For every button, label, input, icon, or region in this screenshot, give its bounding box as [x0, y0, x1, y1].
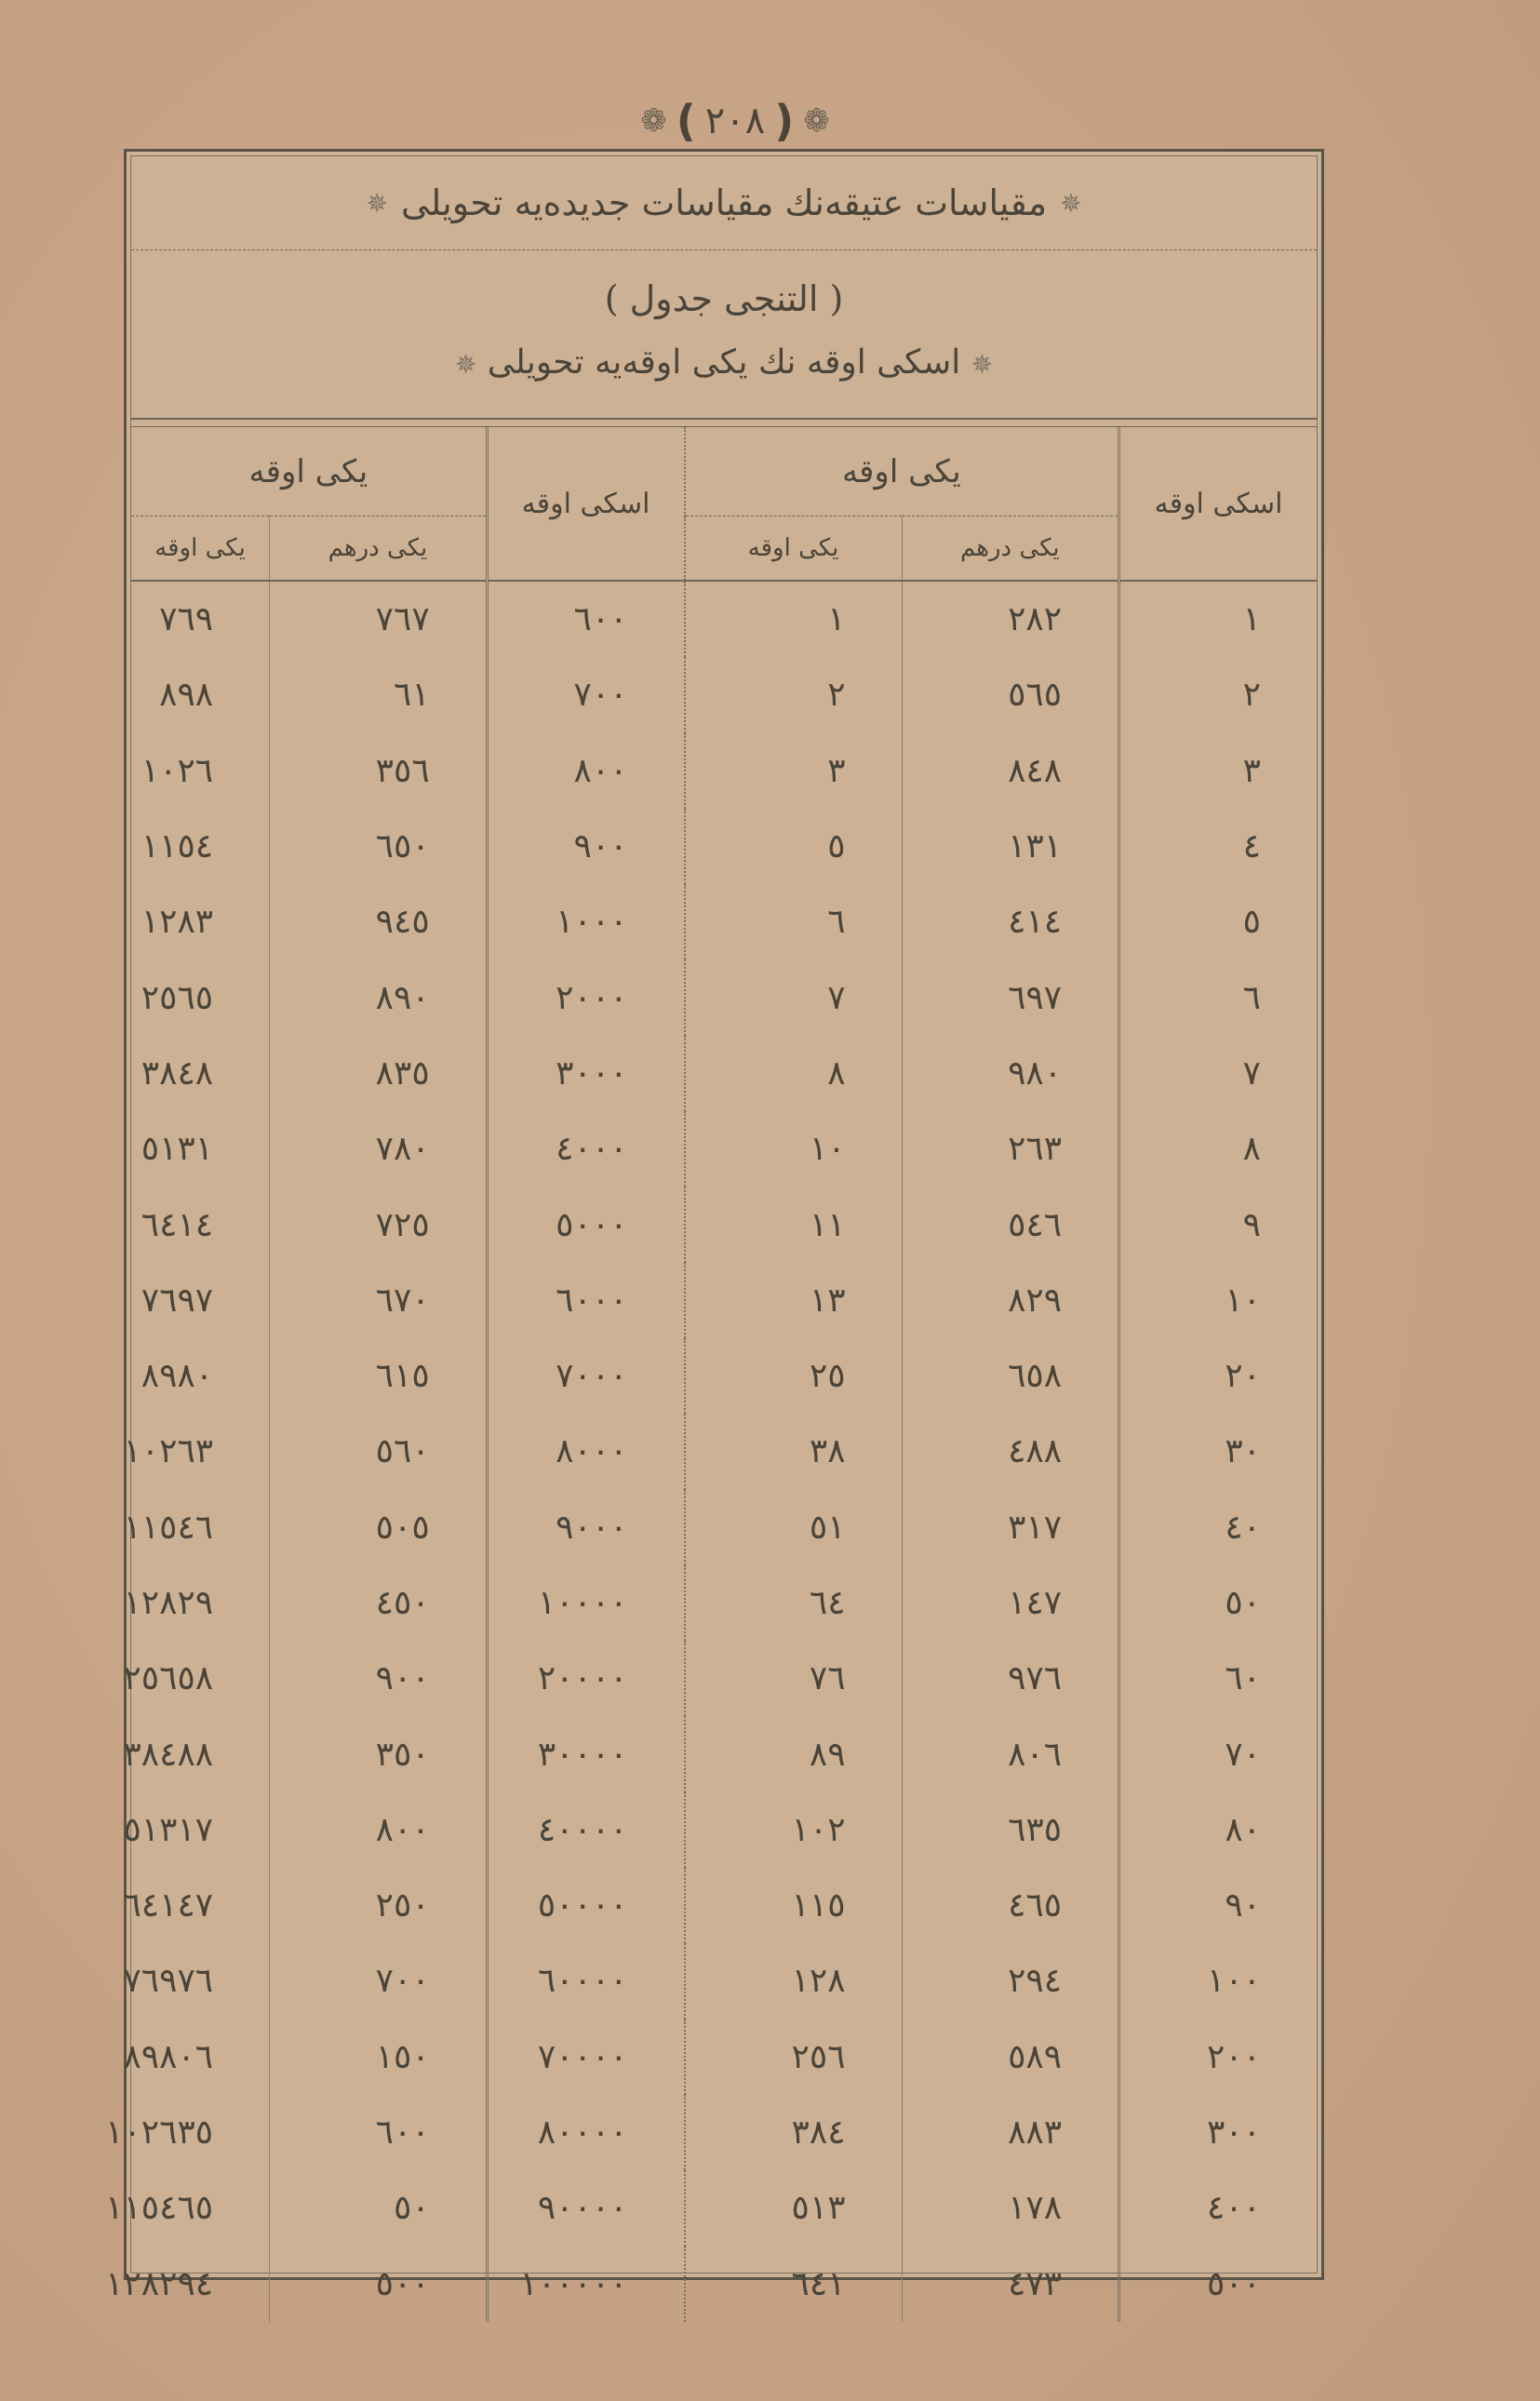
left-eski-okka-cell: ١٠٠٠٠: [487, 1565, 684, 1641]
table-row: ٢٥٦٥٨ ٩٠٠ ٢٠٠٠٠ ٧٦ ٩٧٦ ٦٠: [131, 1641, 1317, 1716]
right-eski-okka-cell: ٢: [1119, 657, 1317, 732]
subtitle: ( التنجى جدول ) ✵ اسكى اوقه نك يكى اوقه‌…: [131, 250, 1317, 420]
table-row: ٦٤١٤ ٧٢٥ ٥٠٠٠ ١١ ٥٤٦ ٩: [131, 1187, 1317, 1262]
right-yeni-okka-cell: ٢٥: [685, 1338, 903, 1414]
right-yeni-dirhem-cell: ٦٥٨: [902, 1338, 1119, 1414]
brace-open: (: [774, 96, 794, 146]
table-row: ٢٥٦٥ ٨٩٠ ٢٠٠٠ ٧ ٦٩٧ ٦: [131, 959, 1317, 1035]
right-yeni-dirhem-cell: ٦٩٧: [902, 959, 1119, 1035]
page-number-value: ٢٠٨: [705, 100, 765, 142]
table-row: ١٠٢٦٣ ٥٦٠ ٨٠٠٠ ٣٨ ٤٨٨ ٣٠: [131, 1414, 1317, 1489]
left-eski-okka-cell: ٨٠٠٠: [487, 1414, 684, 1489]
left-eski-okka-cell: ٦٠٠٠: [487, 1263, 684, 1338]
left-yeni-okka-cell: ٨٩٨٠٦: [131, 2019, 270, 2095]
left-eski-okka-cell: ٨٠٠٠٠: [487, 2095, 684, 2170]
left-eski-okka-cell: ٢٠٠٠: [487, 959, 684, 1035]
left-yeni-dirhem-cell: ٥٦٠: [270, 1414, 488, 1489]
right-yeni-dirhem-cell: ٤١٤: [902, 884, 1119, 959]
right-yeni-okka-cell: ١٣: [685, 1263, 903, 1338]
right-eski-okka-cell: ٢٠٠: [1119, 2019, 1317, 2095]
main-title-text: مقياسات عتيقه‌نك مقياسات جديده‌يه تحويلى: [401, 182, 1047, 223]
right-yeni-okka-cell: ٦٤: [685, 1565, 903, 1641]
left-yeni-dirhem-cell: ٦١: [270, 657, 488, 732]
right-yeni-okka-cell: ٢٥٦: [685, 2019, 903, 2095]
right-eski-okka-cell: ١٠: [1119, 1263, 1317, 1338]
left-yeni-okka-cell: ٦٤١٤: [131, 1187, 270, 1262]
right-yeni-okka-cell: ١٠٢: [685, 1792, 903, 1868]
table-row: ١١٥٤٦٥ ٥٠ ٩٠٠٠٠ ٥١٣ ١٧٨ ٤٠٠: [131, 2170, 1317, 2246]
right-yeni-dirhem-cell: ٨٢٩: [902, 1263, 1119, 1338]
left-eski-okka-cell: ٦٠٠٠٠: [487, 1943, 684, 2019]
right-eski-okka-header: اسكى اوقه: [1119, 427, 1317, 581]
right-yeni-okka-cell: ٢: [685, 657, 903, 732]
left-eski-okka-cell: ١٠٠٠٠٠: [487, 2247, 684, 2322]
left-yeni-okka-cell: ١٢٨٢٩: [131, 1565, 270, 1641]
right-yeni-okka-cell: ١١: [685, 1187, 903, 1262]
right-yeni-okka-cell: ٧: [685, 959, 903, 1035]
left-yeni-dirhem-cell: ٧٢٥: [270, 1187, 488, 1262]
table-body: ٧٦٩ ٧٦٧ ٦٠٠ ١ ٢٨٢ ١ ٨٩٨ ٦١ ٧٠٠ ٢ ٥٦٥ ٢ ١…: [131, 581, 1317, 2322]
right-yeni-dirhem-cell: ٢٩٤: [902, 1943, 1119, 2019]
right-yeni-okka-cell: ١٢٨: [685, 1943, 903, 2019]
table-description: ✵ اسكى اوقه نك يكى اوقه‌يه تحويلى ✵: [131, 343, 1317, 382]
table-row: ٨٩٨٠ ٦١٥ ٧٠٠٠ ٢٥ ٦٥٨ ٢٠: [131, 1338, 1317, 1414]
right-eski-okka-cell: ٥٠: [1119, 1565, 1317, 1641]
left-yeni-okka-cell: ١٢٨٣: [131, 884, 270, 959]
left-yeni-dirhem-cell: ٥٠٥: [270, 1490, 488, 1565]
left-eski-okka-cell: ٩٠٠: [487, 809, 684, 884]
table-row: ٦٤١٤٧ ٢٥٠ ٥٠٠٠٠ ١١٥ ٤٦٥ ٩٠: [131, 1868, 1317, 1943]
right-yeni-okka-cell: ٨٩: [685, 1716, 903, 1791]
table-frame-inner: ✵ مقياسات عتيقه‌نك مقياسات جديده‌يه تحوي…: [130, 155, 1318, 2274]
left-yeni-dirhem-cell: ٢٥٠: [270, 1868, 488, 1943]
right-yeni-dirhem-cell: ١٣١: [902, 809, 1119, 884]
star-ornament-icon: ✵: [366, 188, 387, 219]
table-row: ٣٨٤٨٨ ٣٥٠ ٣٠٠٠٠ ٨٩ ٨٠٦ ٧٠: [131, 1716, 1317, 1791]
left-yeni-dirhem-cell: ١٥٠: [270, 2019, 488, 2095]
right-yeni-okka-cell: ٣٨٤: [685, 2095, 903, 2170]
right-eski-okka-cell: ٥: [1119, 884, 1317, 959]
left-yeni-okka-cell: ٢٥٦٥٨: [131, 1641, 270, 1716]
right-eski-okka-cell: ٤: [1119, 809, 1317, 884]
left-yeni-okka-cell: ٨٩٨٠: [131, 1338, 270, 1414]
left-yeni-okka-header: يكى اوقه: [131, 516, 270, 582]
star-ornament-icon: ✵: [971, 349, 993, 380]
right-group-header: يكى اوقه: [685, 427, 1119, 516]
left-yeni-okka-cell: ١٠٢٦٣: [131, 1414, 270, 1489]
left-yeni-dirhem-cell: ٦٧٠: [270, 1263, 488, 1338]
right-eski-okka-cell: ٣٠٠: [1119, 2095, 1317, 2170]
right-yeni-okka-cell: ٣٨: [685, 1414, 903, 1489]
left-eski-okka-cell: ٨٠٠: [487, 733, 684, 809]
right-yeni-dirhem-header: يكى درهم: [902, 516, 1119, 582]
right-eski-okka-cell: ٩٠: [1119, 1868, 1317, 1943]
table-description-text: اسكى اوقه نك يكى اوقه‌يه تحويلى: [488, 343, 960, 382]
right-eski-okka-cell: ١٠٠: [1119, 1943, 1317, 2019]
left-yeni-dirhem-cell: ٩٤٥: [270, 884, 488, 959]
right-eski-okka-cell: ٤٠: [1119, 1490, 1317, 1565]
left-yeni-okka-cell: ٧٦٩: [131, 581, 270, 657]
right-yeni-dirhem-cell: ٨٤٨: [902, 733, 1119, 809]
left-eski-okka-cell: ٣٠٠٠٠: [487, 1716, 684, 1791]
table-row: ١٢٨٢٩٤ ٥٠٠ ١٠٠٠٠٠ ٦٤١ ٤٧٣ ٥٠٠: [131, 2247, 1317, 2322]
left-yeni-okka-cell: ١٢٨٢٩٤: [131, 2247, 270, 2322]
right-eski-okka-cell: ٦: [1119, 959, 1317, 1035]
left-yeni-okka-cell: ١١٥٤: [131, 809, 270, 884]
right-eski-okka-cell: ٥٠٠: [1119, 2247, 1317, 2322]
left-eski-okka-cell: ٦٠٠: [487, 581, 684, 657]
left-yeni-okka-cell: ٥١٣١: [131, 1111, 270, 1187]
right-yeni-dirhem-cell: ٨٠٦: [902, 1716, 1119, 1791]
table-row: ١٢٨٣ ٩٤٥ ١٠٠٠ ٦ ٤١٤ ٥: [131, 884, 1317, 959]
table-row: ٧٦٩٧٦ ٧٠٠ ٦٠٠٠٠ ١٢٨ ٢٩٤ ١٠٠: [131, 1943, 1317, 2019]
left-eski-okka-cell: ٤٠٠٠: [487, 1111, 684, 1187]
page-number: ❁ ( ٢٠٨ ) ❁: [642, 93, 828, 149]
right-yeni-dirhem-cell: ٥٦٥: [902, 657, 1119, 732]
right-yeni-dirhem-cell: ١٧٨: [902, 2170, 1119, 2246]
table-row: ٧٦٩ ٧٦٧ ٦٠٠ ١ ٢٨٢ ١: [131, 581, 1317, 657]
right-yeni-okka-cell: ٥١: [685, 1490, 903, 1565]
right-eski-okka-cell: ٧: [1119, 1036, 1317, 1111]
flower-ornament-icon: ❁: [640, 102, 667, 140]
table-row: ١٠٢٦ ٣٥٦ ٨٠٠ ٣ ٨٤٨ ٣: [131, 733, 1317, 809]
table-row: ١١٥٤٦ ٥٠٥ ٩٠٠٠ ٥١ ٣١٧ ٤٠: [131, 1490, 1317, 1565]
left-yeni-dirhem-cell: ٥٠٠: [270, 2247, 488, 2322]
left-eski-okka-cell: ١٠٠٠: [487, 884, 684, 959]
conversion-table-wrap: يكى اوقه اسكى اوقه يكى اوقه اسكى اوقه يك…: [131, 426, 1317, 2273]
left-yeni-okka-cell: ١١٥٤٦٥: [131, 2170, 270, 2246]
right-yeni-okka-header: يكى اوقه: [685, 516, 903, 582]
table-row: ٨٩٨٠٦ ١٥٠ ٧٠٠٠٠ ٢٥٦ ٥٨٩ ٢٠٠: [131, 2019, 1317, 2095]
left-yeni-dirhem-cell: ٦٥٠: [270, 809, 488, 884]
left-yeni-okka-cell: ٥١٣١٧: [131, 1792, 270, 1868]
left-yeni-okka-cell: ٣٨٤٨: [131, 1036, 270, 1111]
right-yeni-dirhem-cell: ٩٧٦: [902, 1641, 1119, 1716]
left-eski-okka-cell: ٤٠٠٠٠: [487, 1792, 684, 1868]
right-eski-okka-cell: ٢٠: [1119, 1338, 1317, 1414]
right-eski-okka-cell: ٦٠: [1119, 1641, 1317, 1716]
left-eski-okka-header: اسكى اوقه: [487, 427, 684, 581]
table-row: ٨٩٨ ٦١ ٧٠٠ ٢ ٥٦٥ ٢: [131, 657, 1317, 732]
right-eski-okka-cell: ٣٠: [1119, 1414, 1317, 1489]
right-yeni-okka-cell: ٦: [685, 884, 903, 959]
right-yeni-dirhem-cell: ٤٧٣: [902, 2247, 1119, 2322]
right-yeni-okka-cell: ٧٦: [685, 1641, 903, 1716]
right-eski-okka-cell: ٨٠: [1119, 1792, 1317, 1868]
table-row: ٥١٣١٧ ٨٠٠ ٤٠٠٠٠ ١٠٢ ٦٣٥ ٨٠: [131, 1792, 1317, 1868]
left-yeni-dirhem-cell: ٧٨٠: [270, 1111, 488, 1187]
right-yeni-dirhem-cell: ٤٦٥: [902, 1868, 1119, 1943]
left-yeni-okka-cell: ٦٤١٤٧: [131, 1868, 270, 1943]
left-yeni-dirhem-cell: ٣٥٠: [270, 1716, 488, 1791]
table-row: ١١٥٤ ٦٥٠ ٩٠٠ ٥ ١٣١ ٤: [131, 809, 1317, 884]
right-yeni-dirhem-cell: ٢٦٣: [902, 1111, 1119, 1187]
left-yeni-dirhem-cell: ٣٥٦: [270, 733, 488, 809]
table-row: ٥١٣١ ٧٨٠ ٤٠٠٠ ١٠ ٢٦٣ ٨: [131, 1111, 1317, 1187]
conversion-table: يكى اوقه اسكى اوقه يكى اوقه اسكى اوقه يك…: [131, 427, 1317, 2322]
table-row: ٣٨٤٨ ٨٣٥ ٣٠٠٠ ٨ ٩٨٠ ٧: [131, 1036, 1317, 1111]
brace-close: ): [676, 96, 696, 146]
right-yeni-okka-cell: ٨: [685, 1036, 903, 1111]
flower-ornament-icon: ❁: [803, 102, 830, 140]
left-yeni-dirhem-cell: ٦١٥: [270, 1338, 488, 1414]
left-eski-okka-cell: ٧٠٠٠: [487, 1338, 684, 1414]
star-ornament-icon: ✵: [455, 349, 476, 380]
left-yeni-okka-cell: ٧٦٩٧: [131, 1263, 270, 1338]
right-yeni-dirhem-cell: ١٤٧: [902, 1565, 1119, 1641]
left-yeni-dirhem-cell: ٧٠٠: [270, 1943, 488, 2019]
table-row: ١٢٨٢٩ ٤٥٠ ١٠٠٠٠ ٦٤ ١٤٧ ٥٠: [131, 1565, 1317, 1641]
table-name: ( التنجى جدول ): [131, 278, 1317, 319]
left-yeni-dirhem-cell: ٩٠٠: [270, 1641, 488, 1716]
right-yeni-dirhem-cell: ٤٨٨: [902, 1414, 1119, 1489]
right-yeni-dirhem-cell: ٣١٧: [902, 1490, 1119, 1565]
left-yeni-okka-cell: ٧٦٩٧٦: [131, 1943, 270, 2019]
right-yeni-dirhem-cell: ٦٣٥: [902, 1792, 1119, 1868]
left-yeni-okka-cell: ١٠٢٦: [131, 733, 270, 809]
left-eski-okka-cell: ٩٠٠٠: [487, 1490, 684, 1565]
left-yeni-dirhem-cell: ٨٠٠: [270, 1792, 488, 1868]
left-yeni-dirhem-cell: ٨٩٠: [270, 959, 488, 1035]
left-yeni-dirhem-header: يكى درهم: [270, 516, 488, 582]
left-eski-okka-cell: ٢٠٠٠٠: [487, 1641, 684, 1716]
star-ornament-icon: ✵: [1060, 188, 1081, 219]
table-frame: ✵ مقياسات عتيقه‌نك مقياسات جديده‌يه تحوي…: [124, 149, 1324, 2280]
left-yeni-okka-cell: ١٠٢٦٣٥: [131, 2095, 270, 2170]
left-eski-okka-cell: ٣٠٠٠: [487, 1036, 684, 1111]
right-eski-okka-cell: ٩: [1119, 1187, 1317, 1262]
right-yeni-dirhem-cell: ٩٨٠: [902, 1036, 1119, 1111]
right-yeni-okka-cell: ٥١٣: [685, 2170, 903, 2246]
left-yeni-okka-cell: ٢٥٦٥: [131, 959, 270, 1035]
left-eski-okka-cell: ٧٠٠: [487, 657, 684, 732]
right-eski-okka-cell: ٧٠: [1119, 1716, 1317, 1791]
left-eski-okka-cell: ٥٠٠٠٠: [487, 1868, 684, 1943]
main-title: ✵ مقياسات عتيقه‌نك مقياسات جديده‌يه تحوي…: [131, 156, 1317, 250]
left-yeni-okka-cell: ٣٨٤٨٨: [131, 1716, 270, 1791]
right-yeni-dirhem-cell: ٢٨٢: [902, 581, 1119, 657]
right-yeni-okka-cell: ٥: [685, 809, 903, 884]
right-eski-okka-cell: ٤٠٠: [1119, 2170, 1317, 2246]
right-yeni-okka-cell: ١٠: [685, 1111, 903, 1187]
left-yeni-dirhem-cell: ٨٣٥: [270, 1036, 488, 1111]
right-yeni-okka-cell: ١١٥: [685, 1868, 903, 1943]
left-yeni-dirhem-cell: ٥٠: [270, 2170, 488, 2246]
left-group-header: يكى اوقه: [131, 427, 487, 516]
right-yeni-dirhem-cell: ٥٨٩: [902, 2019, 1119, 2095]
right-yeni-okka-cell: ١: [685, 581, 903, 657]
left-yeni-okka-cell: ٨٩٨: [131, 657, 270, 732]
right-eski-okka-cell: ١: [1119, 581, 1317, 657]
table-row: ٧٦٩٧ ٦٧٠ ٦٠٠٠ ١٣ ٨٢٩ ١٠: [131, 1263, 1317, 1338]
right-yeni-dirhem-cell: ٥٤٦: [902, 1187, 1119, 1262]
left-eski-okka-cell: ٩٠٠٠٠: [487, 2170, 684, 2246]
left-yeni-dirhem-cell: ٦٠٠: [270, 2095, 488, 2170]
right-eski-okka-cell: ٨: [1119, 1111, 1317, 1187]
right-eski-okka-cell: ٣: [1119, 733, 1317, 809]
left-yeni-dirhem-cell: ٧٦٧: [270, 581, 488, 657]
left-eski-okka-cell: ٥٠٠٠: [487, 1187, 684, 1262]
left-yeni-dirhem-cell: ٤٥٠: [270, 1565, 488, 1641]
left-eski-okka-cell: ٧٠٠٠٠: [487, 2019, 684, 2095]
right-yeni-okka-cell: ٣: [685, 733, 903, 809]
right-yeni-okka-cell: ٦٤١: [685, 2247, 903, 2322]
table-row: ١٠٢٦٣٥ ٦٠٠ ٨٠٠٠٠ ٣٨٤ ٨٨٣ ٣٠٠: [131, 2095, 1317, 2170]
right-yeni-dirhem-cell: ٨٨٣: [902, 2095, 1119, 2170]
left-yeni-okka-cell: ١١٥٤٦: [131, 1490, 270, 1565]
